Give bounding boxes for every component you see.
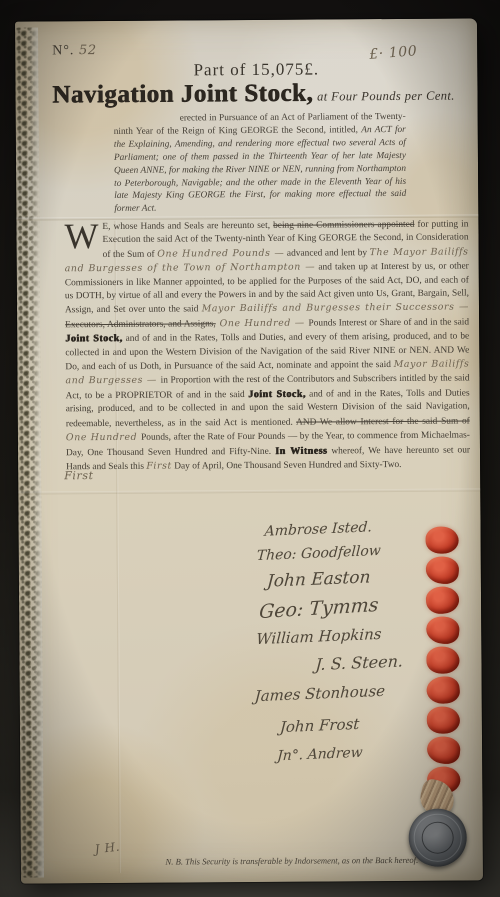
transfer-note: N. B. This Security is transferable by I… [141, 855, 443, 867]
body-struck-text: AND We allow Interest for the said Sum o… [296, 416, 470, 427]
wax-seal [426, 735, 461, 765]
handwritten-day: First [146, 460, 172, 471]
signature: Theo: Goodfellow [256, 543, 381, 564]
handwritten-sum: One Hundred [66, 432, 141, 444]
certificate-photo: N°. 52 £· 100 Part of 15,075£. Navigatio… [0, 0, 500, 897]
signature: John Frost [280, 715, 361, 736]
body-struck-text: Executors, Administrators, and Assigns, [65, 319, 216, 330]
footer-initials: J H. [94, 840, 121, 857]
handwritten-grantee: Mayor Bailiffs and Burgesses their Succe… [202, 302, 469, 315]
fold-crease [18, 488, 480, 494]
signature-block: Ambrose Isted. Theo: Goodfellow John Eas… [228, 521, 410, 763]
body-print: Day of April, One Thousand Seven Hundred… [172, 460, 402, 472]
body-print: Pounds Interest or Share of and in the s… [308, 317, 469, 328]
act-preamble: erected in Pursuance of an Act of Parlia… [114, 111, 407, 216]
certificate-number-label: N°. [52, 43, 74, 58]
deed-body-text: WE, whose Hands and Seals are hereunto s… [64, 218, 470, 474]
lead-seal [409, 808, 467, 866]
body-print: E, whose Hands and Seals are hereunto se… [102, 221, 273, 232]
document-title-line: Navigation Joint Stock, at Four Pounds p… [43, 78, 463, 109]
parchment-document: N°. 52 £· 100 Part of 15,075£. Navigatio… [15, 18, 483, 883]
wax-seal [425, 675, 460, 705]
wax-seal [426, 527, 459, 554]
signature: J. S. Steen. [315, 651, 404, 674]
document-title: Navigation Joint Stock, [52, 80, 313, 109]
signature: Geo: Tymms [259, 594, 380, 623]
certificate-number-value: 52 [79, 43, 97, 58]
drop-cap: W [64, 221, 102, 250]
preamble-act-citation: An ACT for the Explaining, Amending, and… [114, 125, 406, 214]
margin-handwritten-first: First [64, 469, 94, 482]
handwritten-sum: One Hundred Pounds — [157, 248, 284, 260]
joint-stock-blackletter: Joint Stock, [248, 388, 306, 399]
in-witness-blackletter: In Witness [275, 445, 327, 456]
joint-stock-blackletter: Joint Stock, [65, 333, 122, 344]
part-of-total-line: Part of 15,075£. [75, 59, 437, 82]
printed-border-ornament [15, 27, 44, 877]
wax-seal [425, 615, 460, 645]
signature: Ambrose Isted. [264, 519, 372, 540]
signature: James Stonhouse [254, 682, 385, 706]
signature: William Hopkins [256, 625, 382, 648]
wax-seal [425, 585, 460, 615]
body-print: advanced and lent by [284, 248, 369, 259]
wax-seal [426, 647, 459, 674]
handwritten-sum: One Hundred — [216, 317, 309, 329]
body-struck-text: being nine Commissioners appointed [273, 220, 414, 231]
certificate-number: N°. 52 [52, 43, 97, 59]
wax-seal [425, 555, 460, 585]
document-title-suffix: at Four Pounds per Cent. [317, 89, 455, 104]
signature: John Easton [266, 567, 371, 591]
wax-seal-column [426, 527, 461, 794]
signature: Jn°. Andrew [277, 745, 364, 765]
wax-seal [427, 707, 460, 734]
